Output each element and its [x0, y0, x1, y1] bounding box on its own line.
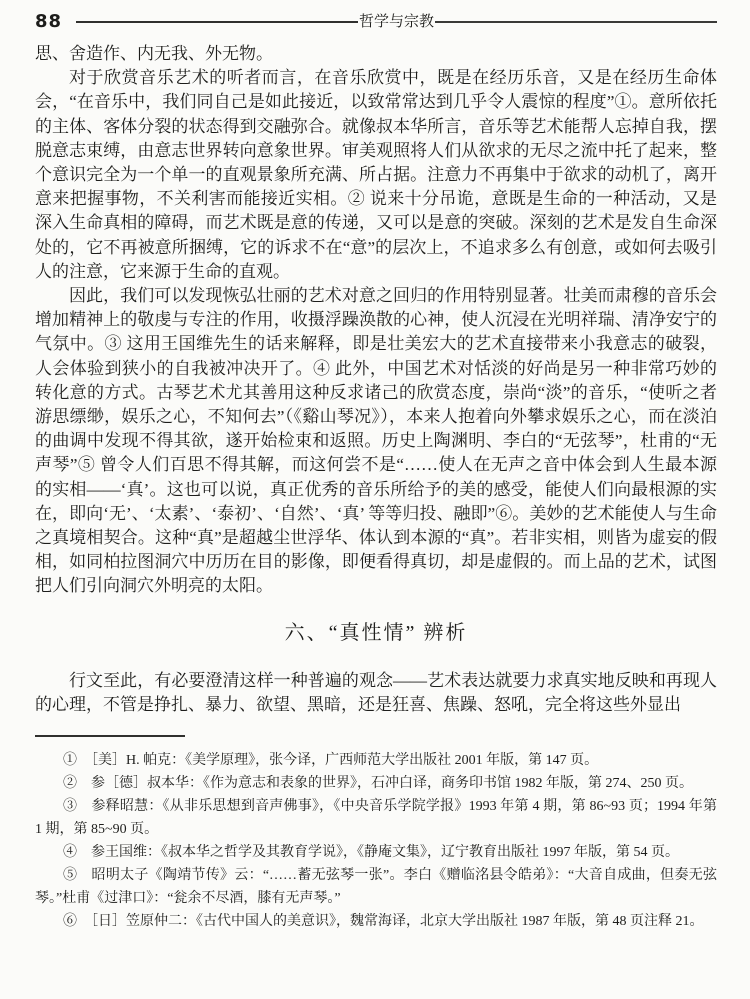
footnote-divider: [35, 735, 185, 737]
body-paragraph: 因此，我们可以发现恢弘壮丽的艺术对意之回归的作用特别显著。壮美而肃穆的音乐会增加…: [35, 284, 717, 599]
book-page: 88 哲学与宗教 思、舍造作、内无我、外无物。 对于欣赏音乐艺术的听者而言，在音…: [0, 0, 750, 999]
body-text: 思、舍造作、内无我、外无物。 对于欣赏音乐艺术的听者而言，在音乐欣赏中，既是在经…: [35, 42, 717, 717]
footnote-item-1: ① ［美］H. 帕克：《美学原理》，张今译，广西师范大学出版社 2001 年版，…: [35, 749, 717, 772]
header-rule-right: [435, 21, 717, 23]
page-header: 88 哲学与宗教: [35, 12, 717, 32]
header-title: 哲学与宗教: [358, 15, 435, 30]
footnote-item-3: ③ 参释昭慧：《从非乐思想到音声佛事》，《中央音乐学院学报》1993 年第 4 …: [35, 795, 717, 841]
section-heading: 六、“真性情” 辨析: [35, 619, 717, 647]
body-paragraph: 对于欣赏音乐艺术的听者而言，在音乐欣赏中，既是在经历乐音，又是在经历生命体会，“…: [35, 66, 717, 284]
page-number: 88: [35, 13, 62, 31]
footnotes-section: ① ［美］H. 帕克：《美学原理》，张今译，广西师范大学出版社 2001 年版，…: [35, 735, 717, 933]
body-paragraph-continuation: 思、舍造作、内无我、外无物。: [35, 42, 717, 66]
footnote-item-6: ⑥ ［日］笠原仲二：《古代中国人的美意识》，魏常海译，北京大学出版社 1987 …: [35, 910, 717, 933]
header-rule-left: [76, 21, 358, 23]
footnote-item-5: ⑤ 昭明太子《陶靖节传》云：“……蓄无弦琴一张”。李白《赠临洺县令皓弟》：“大音…: [35, 864, 717, 910]
body-paragraph: 行文至此，有必要澄清这样一种普遍的观念——艺术表达就要力求真实地反映和再现人的心…: [35, 669, 717, 717]
footnote-item-2: ② 参［德］叔本华：《作为意志和表象的世界》，石冲白译，商务印书馆 1982 年…: [35, 772, 717, 795]
footnote-item-4: ④ 参王国维：《叔本华之哲学及其教育学说》，《静庵文集》，辽宁教育出版社 199…: [35, 841, 717, 864]
